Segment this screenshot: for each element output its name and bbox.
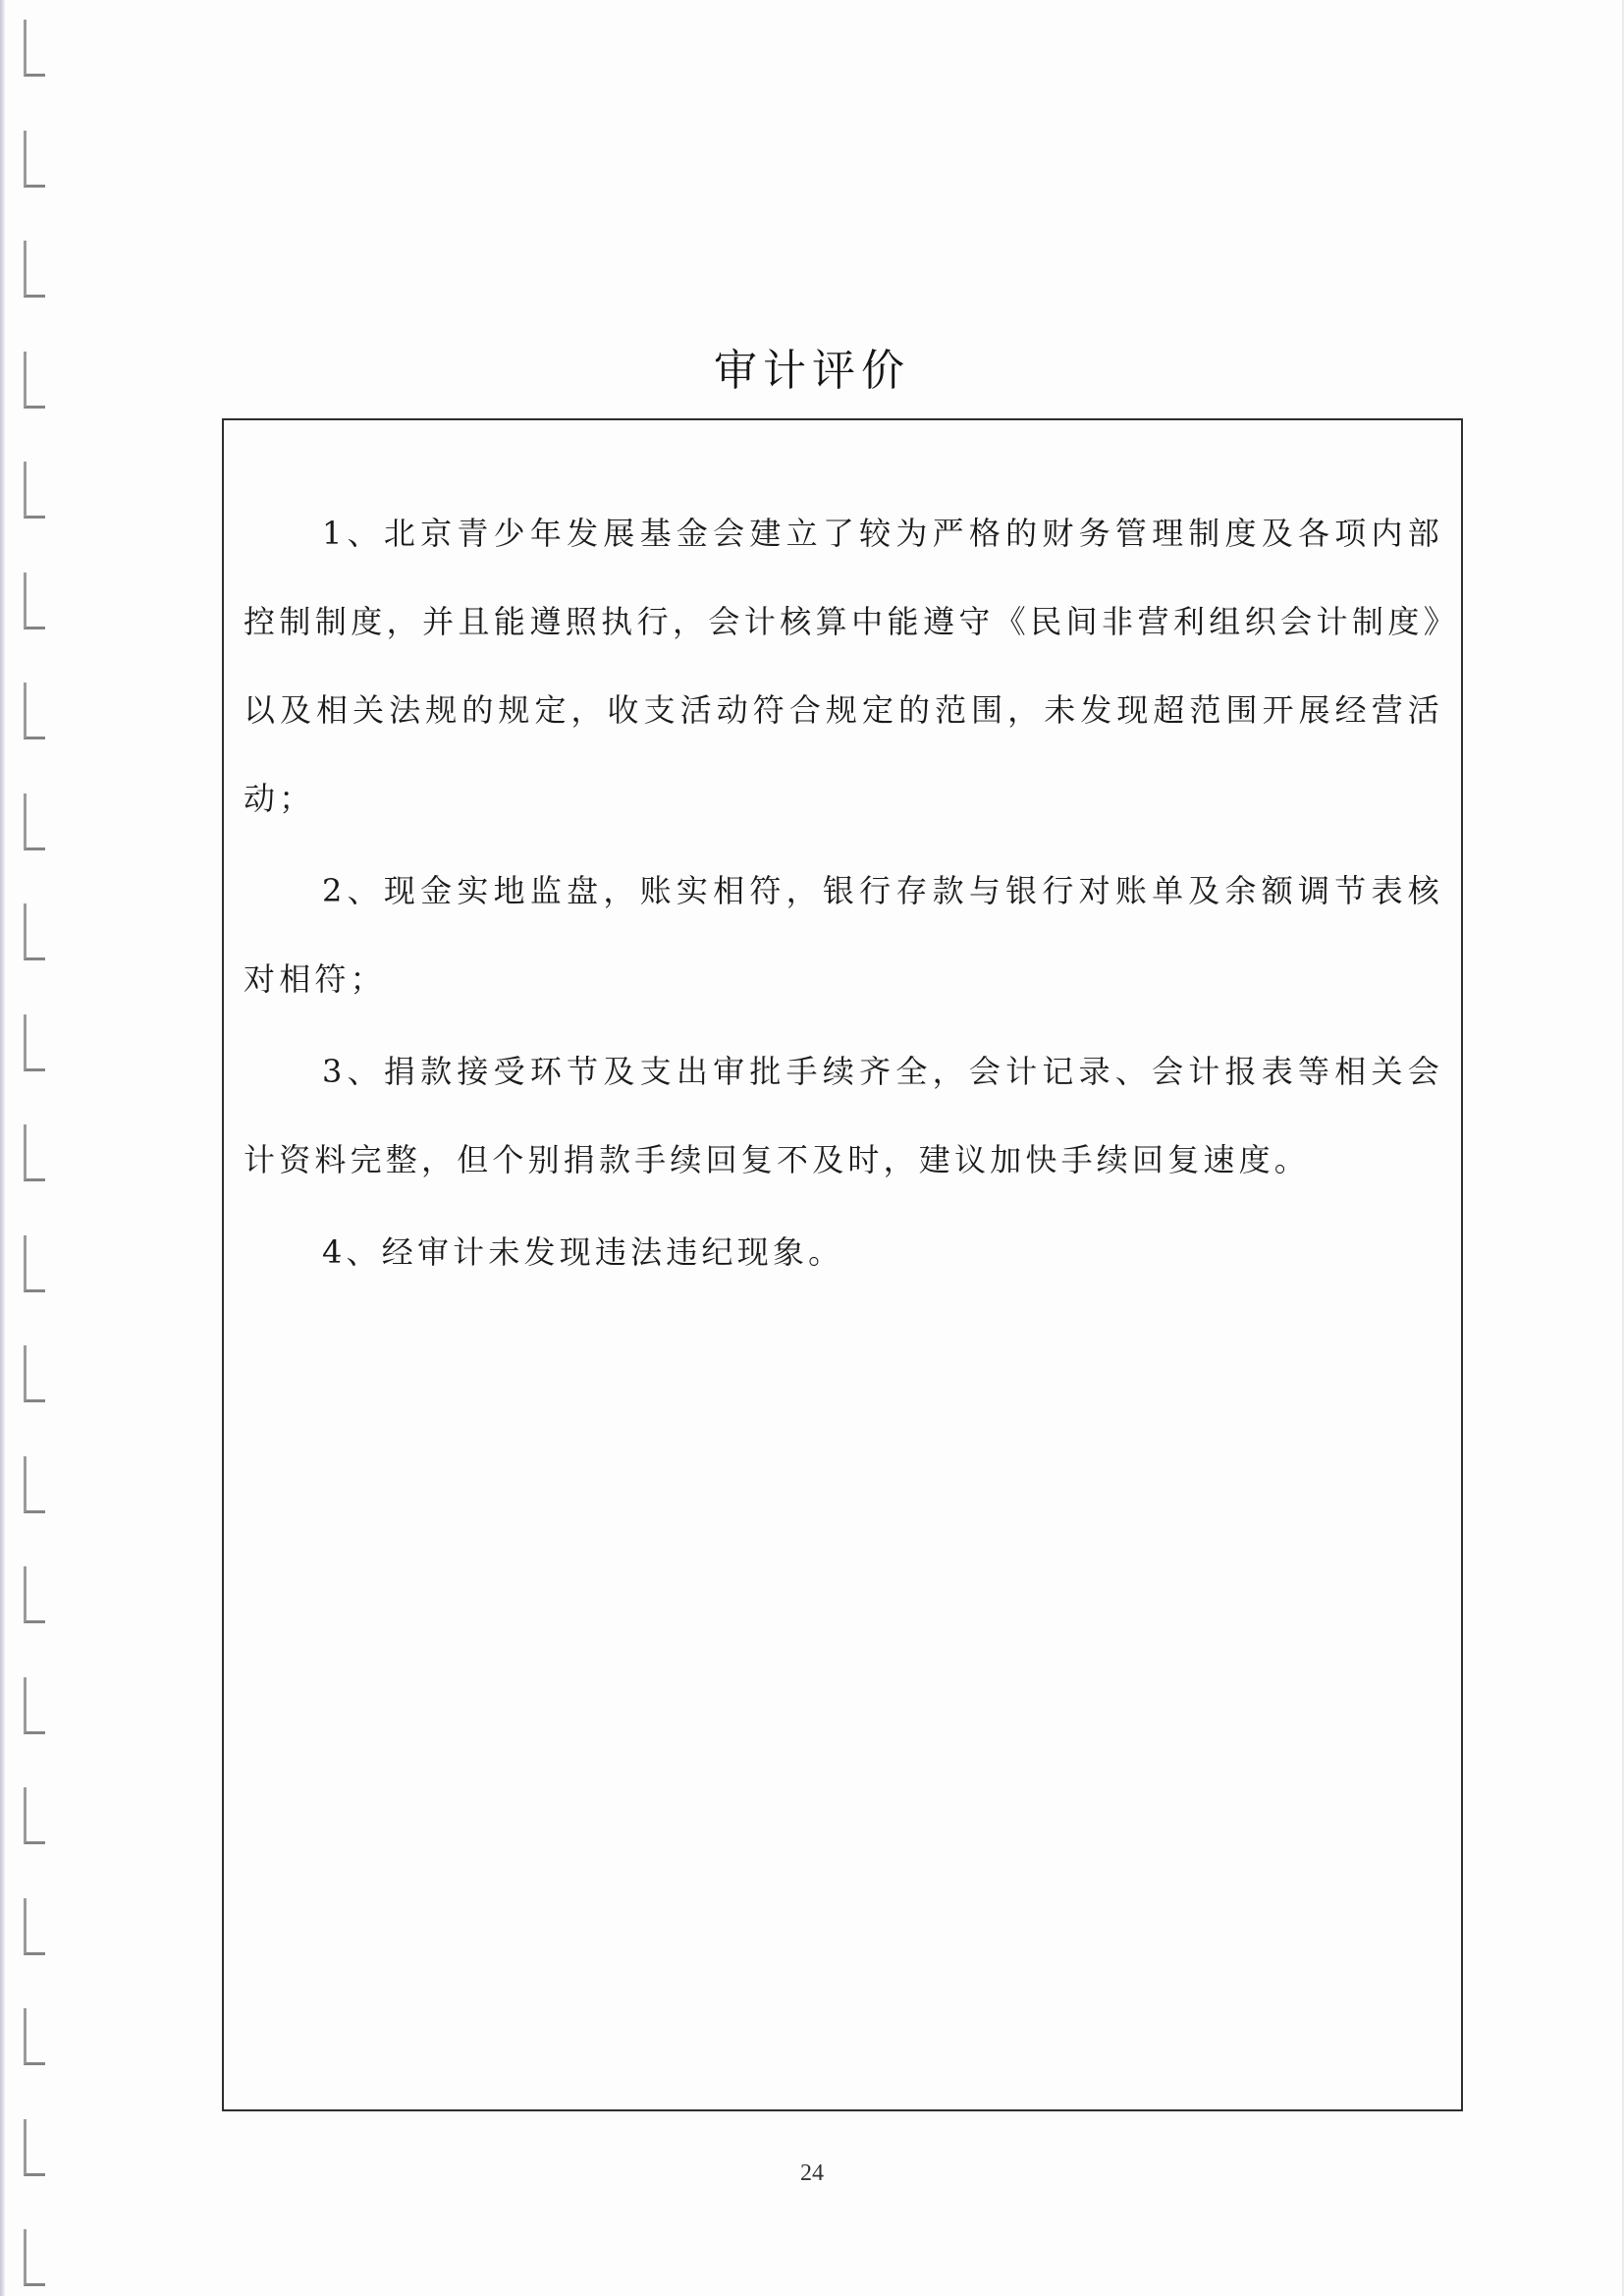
binding-hole-mark-icon	[24, 2229, 45, 2286]
binding-hole-mark-icon	[24, 793, 45, 850]
binding-hole-mark-icon	[24, 1898, 45, 1955]
binding-hole-mark-icon	[24, 1787, 45, 1844]
audit-evaluation-content: 1、北京青少年发展基金会建立了较为严格的财务管理制度及各项内部控制制度，并且能遵…	[244, 489, 1443, 1296]
binding-hole-mark-icon	[24, 1345, 45, 1402]
evaluation-item-3: 3、捐款接受环节及支出审批手续齐全，会计记录、会计报表等相关会计资料完整，但个别…	[244, 1027, 1443, 1204]
binding-hole-mark-icon	[24, 903, 45, 960]
evaluation-item-2: 2、现金实地监盘，账实相符，银行存款与银行对账单及余额调节表核对相符；	[244, 847, 1443, 1023]
binding-hole-mark-icon	[24, 1456, 45, 1513]
binding-hole-mark-icon	[24, 131, 45, 188]
binding-hole-mark-icon	[24, 1677, 45, 1734]
binding-hole-mark-icon	[24, 462, 45, 519]
binding-hole-mark-icon	[24, 1235, 45, 1292]
binding-hole-mark-icon	[24, 573, 45, 629]
binding-hole-mark-icon	[24, 20, 45, 77]
page-title: 审计评价	[0, 335, 1624, 398]
evaluation-item-4: 4、经审计未发现违法违纪现象。	[244, 1208, 1443, 1296]
page-number: 24	[0, 2160, 1624, 2187]
binding-hole-mark-icon	[24, 683, 45, 739]
binding-hole-mark-icon	[24, 1566, 45, 1623]
audit-evaluation-box: 1、北京青少年发展基金会建立了较为严格的财务管理制度及各项内部控制制度，并且能遵…	[222, 418, 1463, 2111]
binding-hole-mark-icon	[24, 1014, 45, 1071]
binding-hole-mark-icon	[24, 2008, 45, 2065]
binding-hole-mark-icon	[24, 241, 45, 298]
binding-hole-mark-icon	[24, 1124, 45, 1181]
evaluation-item-1: 1、北京青少年发展基金会建立了较为严格的财务管理制度及各项内部控制制度，并且能遵…	[244, 489, 1443, 843]
